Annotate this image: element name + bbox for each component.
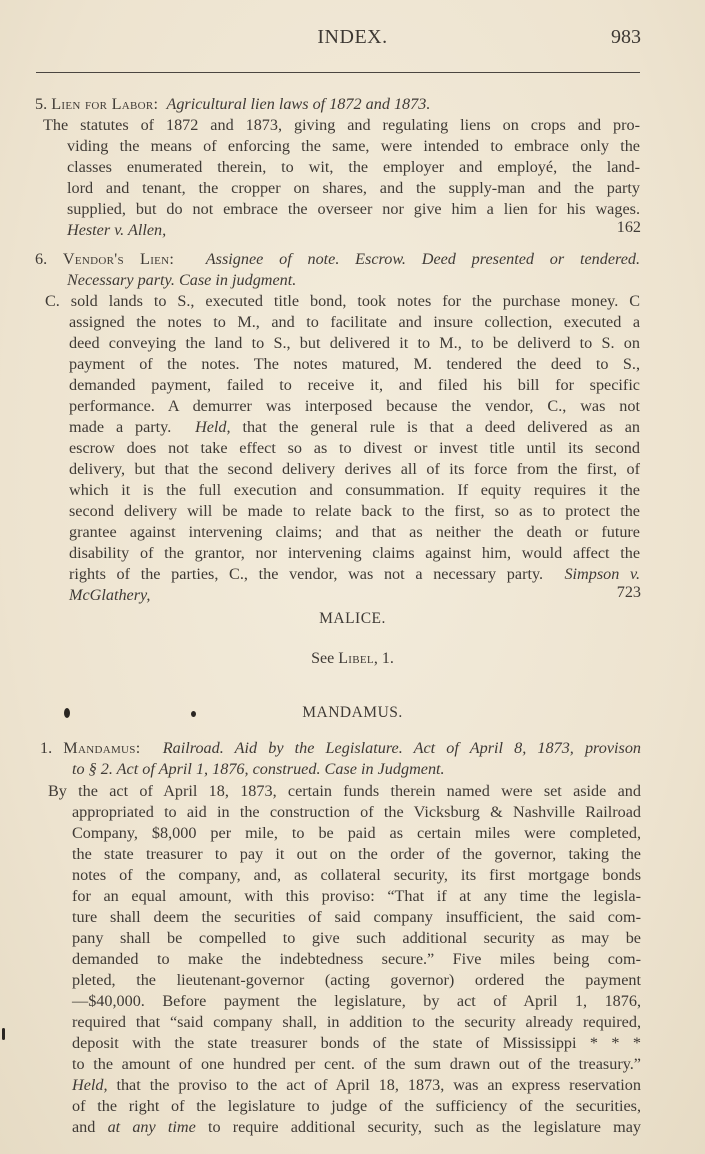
- text-fragment: made a party.: [69, 418, 171, 436]
- text-fragment: to require additional security, such as …: [208, 1118, 641, 1136]
- mandamus-line: ture shall deem the securities of said c…: [72, 907, 641, 928]
- header-rule: [36, 72, 640, 73]
- text-line: demanded to make the indebtedness secure…: [72, 949, 641, 970]
- entry-6-last-line: rights of the parties, C., the vendor, w…: [69, 564, 640, 585]
- text-line: delivery, but that the second delivery d…: [69, 459, 640, 480]
- entry-6-heading: 6. Vendor's Lien: Assignee of note. Escr…: [35, 249, 640, 270]
- mandamus-line: By the act of April 18, 1873, certain fu…: [48, 781, 641, 802]
- mandamus-line: of the right of the legislature to judge…: [72, 1096, 641, 1117]
- mandamus-subject-cont: to § 2. Act of April 1, 1876, construed.…: [72, 759, 445, 780]
- text-line: disability of the grantor, nor interveni…: [69, 543, 640, 564]
- entry-5-line: viding the means of enforcing the same, …: [67, 136, 640, 157]
- section-heading-malice: MALICE.: [0, 610, 705, 628]
- mandamus-line: for an equal amount, with this proviso: …: [72, 886, 641, 907]
- mandamus-line: demanded to make the indebtedness secure…: [72, 949, 641, 970]
- held-word: Held,: [72, 1076, 108, 1094]
- text-line: ture shall deem the securities of said c…: [72, 907, 641, 928]
- text-line: supplied, but do not embrace the oversee…: [67, 199, 640, 220]
- entry-6-line: which it is the full execution and consu…: [69, 480, 640, 501]
- entry-6-line: escrow does not take effect so as to div…: [69, 438, 640, 459]
- mandamus-line: required that “said company shall, in ad…: [72, 1012, 641, 1033]
- entry-6-line: C. sold lands to S., executed title bond…: [45, 291, 640, 312]
- text-line: By the act of April 18, 1873, certain fu…: [48, 781, 641, 802]
- case-page: 162: [617, 218, 641, 237]
- emphasis: at any time: [108, 1118, 196, 1136]
- text-line: classes enumerated therein, to wit, the …: [67, 157, 640, 178]
- text-line: second delivery will be made to relate b…: [69, 501, 640, 522]
- running-head: INDEX. 983: [0, 26, 705, 50]
- ink-blot: [2, 1028, 5, 1040]
- text-line: deposit with the state treasurer bonds o…: [72, 1033, 641, 1054]
- text-line: required that “said company shall, in ad…: [72, 1012, 641, 1033]
- entry-5-line: lord and tenant, the cropper on shares, …: [67, 178, 640, 199]
- entry-6-subject-cont: Necessary party. Case in judgment.: [67, 270, 296, 291]
- text-line: notes of the company, and, as collateral…: [72, 865, 641, 886]
- text-line: of the right of the legislature to judge…: [72, 1096, 641, 1117]
- text-line: pany shall be compelled to give such add…: [72, 928, 641, 949]
- entry-6-line: deed conveying the land to S., but deliv…: [69, 333, 640, 354]
- text-line: grantee against intervening claims; and …: [69, 522, 640, 543]
- mandamus-line: pany shall be compelled to give such add…: [72, 928, 641, 949]
- text-line: payment of the notes. The notes matured,…: [69, 354, 640, 375]
- text-line: Company, $8,000 per mile, to be paid as …: [72, 823, 641, 844]
- mandamus-line: —$40,000. Before payment the legislature…: [72, 991, 641, 1012]
- text-line: C. sold lands to S., executed title bond…: [45, 291, 640, 312]
- text-line: The statutes of 1872 and 1873, giving an…: [43, 115, 640, 136]
- mandamus-line: appropriated to aid in the construction …: [72, 802, 641, 823]
- document-page: INDEX. 983 5. Lien for Labor: Agricultur…: [0, 0, 705, 1154]
- see-number: , 1.: [374, 650, 394, 667]
- text-fragment: and: [72, 1118, 95, 1136]
- case-citation: Hester v. Allen,: [67, 220, 166, 241]
- entry-6-line: second delivery will be made to relate b…: [69, 501, 640, 522]
- text-line: lord and tenant, the cropper on shares, …: [67, 178, 640, 199]
- entry-number: 1.: [40, 739, 52, 757]
- entry-6-line: demanded payment, failed to receive it, …: [69, 375, 640, 396]
- case-citation: Simpson v.: [564, 565, 640, 583]
- entry-5-line: supplied, but do not embrace the oversee…: [67, 199, 640, 220]
- held-word: Held,: [195, 418, 231, 436]
- entry-subject: Agricultural lien laws of 1872 and 1873.: [166, 95, 430, 113]
- entry-heading: Lien for Labor:: [51, 95, 158, 113]
- text-fragment: that the general rule is that a deed del…: [242, 418, 640, 436]
- mandamus-line: deposit with the state treasurer bonds o…: [72, 1033, 641, 1054]
- text-line: deed conveying the land to S., but deliv…: [69, 333, 640, 354]
- entry-heading: Vendor's Lien:: [63, 250, 174, 268]
- see-prefix: See: [311, 650, 334, 667]
- entry-5-line: classes enumerated therein, to wit, the …: [67, 157, 640, 178]
- text-fragment: that the proviso to the act of April 18,…: [116, 1076, 641, 1094]
- page-number: 983: [611, 26, 641, 49]
- see-reference: See Libel, 1.: [0, 650, 705, 668]
- entry-subject: Railroad. Aid by the Legislature. Act of…: [163, 739, 641, 757]
- entry-6-line: grantee against intervening claims; and …: [69, 522, 640, 543]
- text-line: —$40,000. Before payment the legislature…: [72, 991, 641, 1012]
- entry-subject: Assignee of note. Escrow. Deed presented…: [206, 250, 640, 268]
- entry-6-line: payment of the notes. The notes matured,…: [69, 354, 640, 375]
- entry-6-line: disability of the grantor, nor interveni…: [69, 543, 640, 564]
- entry-6-held-line: made a party. Held, that the general rul…: [69, 417, 640, 438]
- entry-5-heading: 5. Lien for Labor: Agricultural lien law…: [35, 94, 430, 115]
- text-line: demanded payment, failed to receive it, …: [69, 375, 640, 396]
- mandamus-held-line: Held, that the proviso to the act of Apr…: [72, 1075, 641, 1096]
- text-fragment: rights of the parties, C., the vendor, w…: [69, 565, 543, 583]
- mandamus-line: the state treasurer to pay it out on the…: [72, 844, 641, 865]
- entry-6-line: assigned the notes to M., and to facilit…: [69, 312, 640, 333]
- mandamus-last-line: and at any time to require additional se…: [72, 1117, 641, 1138]
- mandamus-line: to the amount of one hundred per cent. o…: [72, 1054, 641, 1075]
- see-target: Libel: [338, 650, 374, 667]
- text-line: which it is the full execution and consu…: [69, 480, 640, 501]
- text-line: escrow does not take effect so as to div…: [69, 438, 640, 459]
- entry-number: 6.: [35, 250, 47, 268]
- entry-6-line: delivery, but that the second delivery d…: [69, 459, 640, 480]
- section-heading-mandamus: MANDAMUS.: [0, 704, 705, 722]
- entry-number: 5.: [35, 95, 47, 113]
- mandamus-entry-heading: 1. Mandamus: Railroad. Aid by the Legisl…: [40, 738, 641, 759]
- case-citation: McGlathery,: [69, 585, 150, 606]
- running-title: INDEX.: [0, 26, 705, 49]
- mandamus-line: Company, $8,000 per mile, to be paid as …: [72, 823, 641, 844]
- text-line: assigned the notes to M., and to facilit…: [69, 312, 640, 333]
- mandamus-line: pleted, the lieutenant-governor (acting …: [72, 970, 641, 991]
- text-line: performance. A demurrer was interposed b…: [69, 396, 640, 417]
- text-line: appropriated to aid in the construction …: [72, 802, 641, 823]
- text-line: to the amount of one hundred per cent. o…: [72, 1054, 641, 1075]
- case-page: 723: [617, 583, 641, 602]
- text-line: the state treasurer to pay it out on the…: [72, 844, 641, 865]
- text-line: pleted, the lieutenant-governor (acting …: [72, 970, 641, 991]
- text-line: viding the means of enforcing the same, …: [67, 136, 640, 157]
- mandamus-line: notes of the company, and, as collateral…: [72, 865, 641, 886]
- entry-6-line: performance. A demurrer was interposed b…: [69, 396, 640, 417]
- text-line: for an equal amount, with this proviso: …: [72, 886, 641, 907]
- entry-heading: Mandamus:: [63, 739, 140, 757]
- entry-5-line: The statutes of 1872 and 1873, giving an…: [43, 115, 640, 136]
